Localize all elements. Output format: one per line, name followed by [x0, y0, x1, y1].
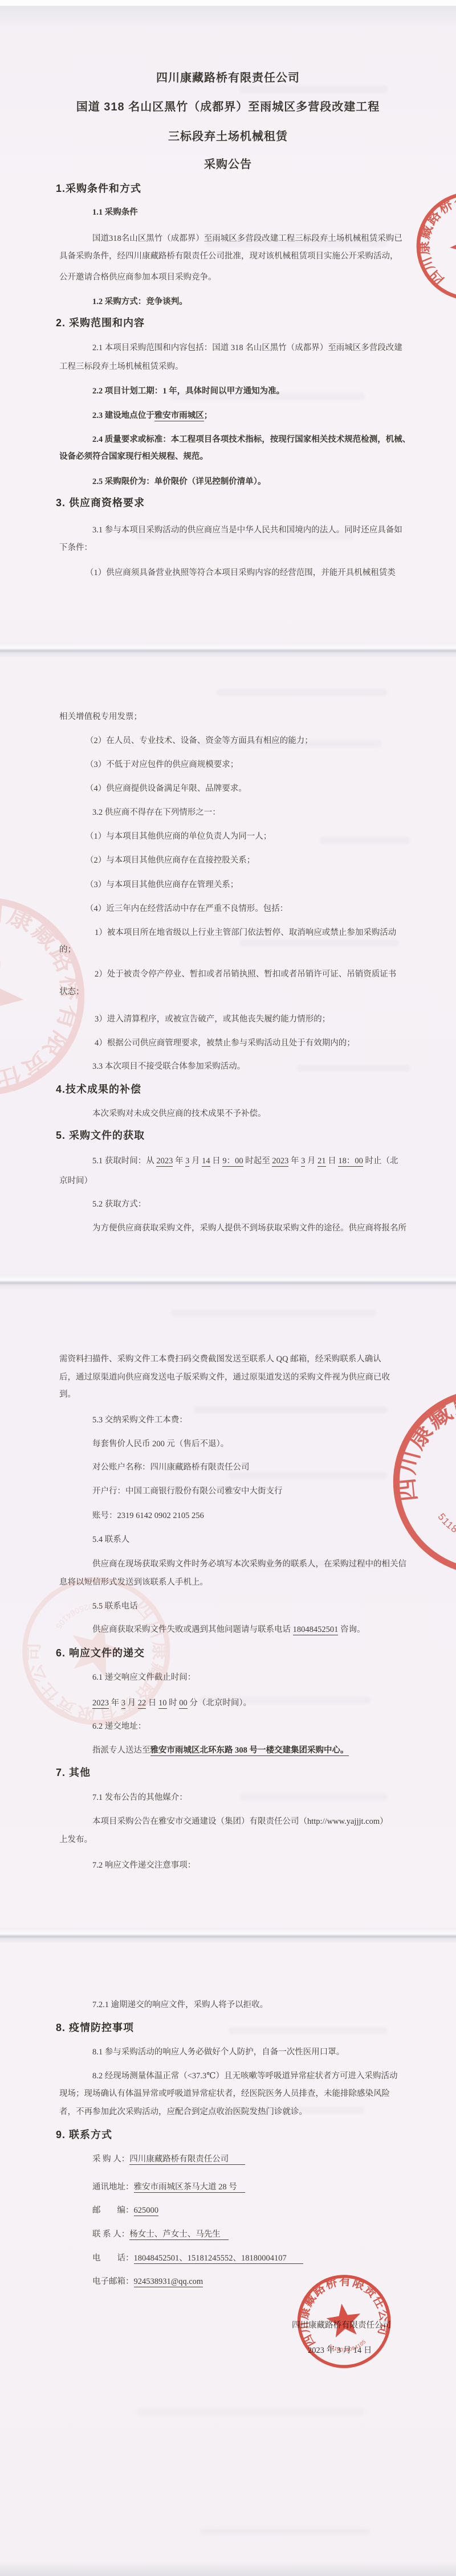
body-line: 需资料扫描件、采购文件工本费扫码交费截图发送至联系人 QQ 邮箱，经采购联系人确… — [59, 1352, 381, 1364]
text-run: 电 话： — [92, 2254, 134, 2263]
text-run: 5.1 获取时间：从 — [92, 1156, 156, 1166]
text-run: 四川康藏路桥有限责任公司 — [129, 2155, 245, 2165]
text-run: 2.2 项目计划工期：1 年，具体时间以甲方通知为准。 — [92, 387, 284, 396]
text-run: 2. 采购范围和内容 — [56, 317, 145, 329]
body-line: 邮 编：625000 — [59, 2204, 158, 2216]
text-run: 公开邀请合格供应商参加本项目采购竞争。 — [59, 273, 217, 282]
text-run: 4）根据公司供应商管理要求，被禁止参与采购活动且处于有效期内的； — [95, 1039, 355, 1048]
body-line: 4）根据公司供应商管理要求，被禁止参与采购活动且处于有效期内的； — [59, 1036, 355, 1048]
text-run: 指派专人送达至 — [92, 1746, 150, 1755]
body-line: 每套售价人民币 200 元（售后不退）。 — [59, 1437, 229, 1449]
bleed-artifact — [239, 1794, 388, 1800]
body-line: 电 话：18048452501、15181245552、18180004107 — [59, 2251, 303, 2263]
text-run: 月 — [305, 1156, 317, 1166]
body-line: 5.1 获取时间：从 2023 年 3 月 14 日 9：00 时起至 2023… — [59, 1154, 398, 1166]
body-line: 5.3 交纳采购文件工本费： — [59, 1413, 188, 1425]
text-run: 通讯地址： — [92, 2183, 134, 2192]
body-line: 指派专人送达至雅安市雨城区北环东路 308 号一楼交建集团采购中心。 — [59, 1744, 349, 1755]
body-line: （1）供应商须具备营业执照等符合本项目采购内容的经营范围，并能开具机械租赁类 — [59, 566, 396, 578]
scan-bottom-shadow — [0, 2561, 456, 2576]
text-run: 京时间） — [59, 1176, 92, 1186]
text-run: 日 — [326, 1156, 339, 1166]
section-heading: 5. 采购文件的获取 — [56, 1127, 145, 1142]
text-run: 开户行：中国工商银行股份有限公司雅安中大街支行 — [92, 1487, 283, 1496]
text-run: 具备采购条件，经四川康藏路桥有限责任公司批准，现对该机械租赁项目实施公开采购活动… — [59, 252, 398, 261]
page-seam — [0, 642, 456, 657]
text-run: 1.1 采购条件 — [92, 208, 138, 217]
text-run: 雅安市雨城区茶马大道 28 号 — [134, 2183, 246, 2193]
text-run: 5. 采购文件的获取 — [56, 1130, 145, 1141]
body-line: 工程三标段弃土场机械租赁采购。 — [59, 360, 184, 372]
text-run: 2023 — [92, 1699, 109, 1709]
text-run: 6. 响应文件的递交 — [56, 1647, 145, 1659]
text-run: 雅安市雨城区北环东路 308 号一楼交建集团采购中心。 — [150, 1746, 349, 1756]
text-run: 分（北京时间）。 — [188, 1699, 251, 1708]
text-run: 2.3 建设地点位于 — [92, 411, 154, 420]
body-line: （4）供应商提供设备满足年限、品牌要求。 — [59, 782, 247, 794]
body-line: 到。 — [59, 1388, 76, 1400]
text-run: 1.2 采购方式：竞争谈判。 — [92, 297, 188, 306]
text-run: 年 — [288, 1156, 301, 1166]
clause-line: 2.5 采购限价为：单价限价（详见控制价清单）。 — [59, 475, 266, 487]
text-run: （2）与本项目其他供应商存在直接控股关系； — [85, 856, 255, 865]
bleed-artifact — [171, 1310, 376, 1316]
body-line: 本项目采购公告在雅安市交通建设（集团）有限责任公司（http://www.yaj… — [59, 1815, 388, 1827]
bleed-artifact — [239, 85, 388, 93]
text-run: 设备必须符合国家现行相关规程、规范。 — [59, 452, 208, 461]
body-line: （4）近三年内在经营活动中存在严重不良情形。包括： — [59, 902, 288, 914]
text-run: 电子邮箱： — [92, 2277, 134, 2286]
section-heading: 9. 联系方式 — [56, 2127, 112, 2142]
text-run: 9：00 — [222, 1156, 243, 1167]
text-run: 3.1 参与本项目采购活动的供应商应当是中华人民共和国境内的法人。同时还应具备如 — [92, 526, 402, 535]
text-run: 18048452501、15181245552、18180004107 — [134, 2254, 303, 2264]
body-line: 2）处于被责令停产停业、暂扣或者吊销执照、暂扣或者吊销许可证、吊销资质证书 — [59, 967, 396, 979]
text-run: 四川康藏路桥有限责任公司 — [156, 72, 300, 84]
doc-title-line: 三标段弃土场机械租赁 — [0, 127, 456, 143]
body-line: 者，不再参加此次采购活动，应配合到定点收治医院发热门诊就诊。 — [59, 2105, 307, 2117]
text-run: 对公账户名称：四川康藏路桥有限责任公司 — [92, 1463, 250, 1472]
scan-top-edge — [0, 0, 456, 6]
text-run: （4）供应商提供设备满足年限、品牌要求。 — [85, 784, 247, 793]
page-seam — [0, 1274, 456, 1289]
body-line: 1）被本项目所在地省级以上行业主管部门依法暂停、取消响应或禁止参加采购活动 — [59, 926, 396, 938]
body-line: 通讯地址：雅安市雨城区茶马大道 28 号 — [59, 2180, 245, 2192]
body-line: 电子邮箱：924538931@qq.com — [59, 2275, 203, 2287]
body-line: 供应商获取采购文件失败或遇到其他问题请与联系电话 18048452501 咨询。 — [59, 1623, 365, 1635]
body-line: （2）在人员、专业技术、设备、资金等方面具有相应的能力； — [59, 734, 313, 746]
clause-line: 2.3 建设地点位于雅安市雨城区； — [59, 409, 212, 421]
text-run: 采购公告 — [204, 158, 252, 171]
body-line: 上发布。 — [59, 1833, 92, 1845]
text-run: 2.5 采购限价为：单价限价（详见控制价清单）。 — [92, 477, 266, 486]
signature-line: 2023 年 3 月 14 日 — [308, 2344, 372, 2356]
body-line: 对公账户名称：四川康藏路桥有限责任公司 — [59, 1461, 250, 1472]
body-line: （3）与本项目其他供应商存在管理关系； — [59, 878, 238, 890]
text-run: 5.4 联系人 — [92, 1535, 129, 1544]
text-run: 邮 编： — [92, 2206, 134, 2215]
text-run: （3）与本项目其他供应商存在管理关系； — [85, 880, 238, 889]
bleed-artifact — [239, 940, 399, 946]
body-line: 7.2.1 逾期递交的响应文件，采购人将予以拒收。 — [59, 1998, 268, 2010]
text-run: 雅安市雨城区 — [154, 411, 204, 421]
text-run: 5.2 获取方式： — [92, 1200, 146, 1209]
body-line: 供应商在现场获取采购文件时务必填写本次采购业务的联系人，在采购过程中的相关信 — [59, 1557, 406, 1569]
text-run: 2023 — [156, 1156, 173, 1167]
clause-line: 2.4 质量要求或标准：本工程项目各项技术指标，按现行国家相关技术规范检测，机械… — [59, 433, 410, 445]
text-run: 1.采购条件和方式 — [56, 183, 141, 194]
text-run: （1）与本项目其他供应商的单位负责人为同一人； — [85, 832, 271, 841]
doc-title-line: 四川康藏路桥有限责任公司 — [0, 68, 456, 85]
body-line: （3）不低于对应包件的供应商规模要求； — [59, 758, 238, 770]
text-run: ； — [204, 411, 213, 420]
text-run: 咨询。 — [338, 1625, 365, 1634]
text-run: 国道318名山区黑竹（成都界）至雨城区多营段改建工程三标段弃土场机械租赁采购已 — [92, 234, 402, 243]
body-line: 3）进入清算程序，或被宣告破产，或其他丧失履约能力情形的； — [59, 1012, 330, 1024]
text-run: 3.3 本次项目不接受联合体参加采购活动。 — [92, 1062, 245, 1071]
text-run: 工程三标段弃土场机械租赁采购。 — [59, 362, 184, 371]
body-line: 6.1 递交响应文件截止时间： — [59, 1671, 196, 1683]
body-line: 开户行：中国工商银行股份有限公司雅安中大街支行 — [59, 1484, 283, 1496]
body-line: 相关增值税专用发票； — [59, 710, 142, 722]
page-seam — [0, 1928, 456, 1943]
section-heading: 6. 响应文件的递交 — [56, 1645, 145, 1660]
text-run: （4）近三年内在经营活动中存在严重不良情形。包括： — [85, 904, 288, 913]
bleed-artifact — [228, 2027, 388, 2034]
body-line: 国道318名山区黑竹（成都界）至雨城区多营段改建工程三标段弃土场机械租赁采购已 — [59, 232, 402, 244]
text-run: 2.4 质量要求或标准：本工程项目各项技术指标，按现行国家相关技术规范检测，机械… — [92, 435, 410, 444]
text-run: 本项目采购公告在雅安市交通建设（集团）有限责任公司（http://www.yaj… — [92, 1817, 388, 1826]
body-line: 5.4 联系人 — [59, 1533, 129, 1545]
clause-line: 2.2 项目计划工期：1 年，具体时间以甲方通知为准。 — [59, 384, 284, 396]
text-run: 4.技术成果的补偿 — [56, 1084, 141, 1095]
text-run: 9. 联系方式 — [56, 2129, 112, 2140]
body-line: 下条件： — [59, 541, 92, 553]
text-run: 联 系 人： — [92, 2230, 129, 2239]
text-run: 3. 供应商资格要求 — [56, 497, 145, 508]
text-run: 3）进入清算程序，或被宣告破产，或其他丧失履约能力情形的； — [95, 1015, 330, 1024]
body-line: 7.1 发布公告的其他媒介： — [59, 1791, 188, 1803]
doc-title-line: 采购公告 — [0, 155, 456, 171]
text-run: 相关增值税专用发票； — [59, 712, 142, 721]
text-run: 7.2 响应文件递交注意事项： — [92, 1861, 196, 1870]
text-run: 5.3 交纳采购文件工本费： — [92, 1416, 188, 1425]
text-run: 7. 其他 — [56, 1767, 91, 1778]
body-line: 的； — [59, 943, 76, 955]
text-run: 供应商获取采购文件失败或遇到其他问题请与联系电话 — [92, 1625, 293, 1634]
text-run: 8. 疫情防控事项 — [56, 2022, 134, 2033]
section-heading: 1.采购条件和方式 — [56, 181, 141, 195]
text-run: 年 — [173, 1156, 185, 1166]
text-run: 2023 — [272, 1156, 288, 1167]
doc-title-line: 国道 318 名山区黑竹（成都界）至雨城区多营段改建工程 — [0, 97, 456, 114]
body-line: 后，通过原渠道向供应商发送电子版采购文件，通过原渠道发送的采购文件视为供应商已收 — [59, 1371, 390, 1383]
bleed-artifact — [137, 2409, 365, 2415]
body-line: 状态； — [59, 985, 84, 997]
text-run: 息将以短信形式发送到该联系人手机上。 — [59, 1578, 208, 1587]
body-line: 联 系 人：杨女士、芦女士、马先生 — [59, 2228, 229, 2239]
bleed-artifact — [199, 2528, 370, 2535]
body-line: 公开邀请合格供应商参加本项目采购竞争。 — [59, 270, 217, 282]
text-run: 21 — [317, 1156, 326, 1167]
text-run: 本次采购对未成交供应商的技术成果不予补偿。 — [92, 1109, 266, 1118]
body-line: 息将以短信形式发送到该联系人手机上。 — [59, 1576, 208, 1588]
text-run: 8.1 参与采购活动的响应人务必做好个人防护，自备一次性医用口罩。 — [92, 2048, 344, 2057]
text-run: 18：00 — [338, 1156, 363, 1167]
body-line: 采 购 人：四川康藏路桥有限责任公司 — [59, 2152, 245, 2164]
text-run: 2.1 本项目采购范围和内容包括：国道 318 名山区黑竹（成都界）至雨城区多营… — [92, 343, 402, 352]
body-line: 8.1 参与采购活动的响应人务必做好个人防护，自备一次性医用口罩。 — [59, 2045, 344, 2057]
text-run: 国道 318 名山区黑竹（成都界）至雨城区多营段改建工程 — [76, 101, 380, 113]
text-run: 时 — [167, 1699, 180, 1708]
text-run: （2）在人员、专业技术、设备、资金等方面具有相应的能力； — [85, 736, 313, 745]
body-line: （1）与本项目其他供应商的单位负责人为同一人； — [59, 830, 271, 842]
text-run: 下条件： — [59, 543, 92, 552]
clause-line: 1.1 采购条件 — [59, 206, 138, 218]
bleed-artifact — [228, 1472, 388, 1479]
clause-line: 设备必须符合国家现行相关规程、规范。 — [59, 450, 208, 462]
text-run: 8.2 经现场测量体温正常（<37.3℃）且无咳嗽等呼吸道异常症状者方可进入采购… — [92, 2072, 398, 2081]
section-heading: 7. 其他 — [56, 1765, 91, 1779]
text-run: （1）供应商须具备营业执照等符合本项目采购内容的经营范围，并能开具机械租赁类 — [85, 568, 396, 577]
bleed-artifact — [217, 689, 388, 696]
text-run: 到。 — [59, 1390, 76, 1399]
text-run: 状态； — [59, 987, 84, 996]
text-run: 14 — [202, 1156, 210, 1167]
body-line: 3.2 供应商不得存在下列情形之一： — [59, 806, 221, 818]
body-line: 5.5 联系电话 — [59, 1599, 138, 1611]
section-heading: 3. 供应商资格要求 — [56, 495, 145, 510]
body-line: 京时间） — [59, 1174, 92, 1186]
text-run: 年 — [109, 1699, 121, 1708]
body-line: 本次采购对未成交供应商的技术成果不予补偿。 — [59, 1107, 266, 1119]
text-run: 每套售价人民币 200 元（售后不退）。 — [92, 1439, 229, 1449]
text-run: 18048452501 — [293, 1625, 339, 1635]
text-run: 月 — [125, 1699, 138, 1708]
section-heading: 4.技术成果的补偿 — [56, 1081, 141, 1096]
text-run: 为方便供应商获取采购文件，采购人提供不到场获取采购文件的途径。供应商将报名所 — [92, 1224, 406, 1233]
body-line: 2023 年 3 月 22 日 10 时 00 分（北京时间）。 — [59, 1696, 251, 1708]
bleed-artifact — [296, 1065, 410, 1072]
text-run: 22 — [138, 1699, 146, 1709]
body-line: （2）与本项目其他供应商存在直接控股关系； — [59, 854, 255, 865]
text-run: 四川康藏路桥有限责任公司 — [292, 2321, 391, 2330]
body-line: 现场；现场确认有体温异常或呼吸道异常症状者，经医院医务人员排查，未能排除感染风险 — [59, 2087, 390, 2099]
text-run: 3 — [121, 1699, 125, 1709]
section-heading: 2. 采购范围和内容 — [56, 315, 145, 330]
text-run: 625000 — [134, 2206, 159, 2216]
text-run: 7.2.1 逾期递交的响应文件，采购人将予以拒收。 — [92, 2000, 268, 2009]
text-run: （3）不低于对应包件的供应商规模要求； — [85, 760, 238, 769]
body-line: 5.2 获取方式： — [59, 1197, 146, 1209]
body-line: 3.1 参与本项目采购活动的供应商应当是中华人民共和国境内的法人。同时还应具备如 — [59, 523, 402, 535]
text-run: 日 — [146, 1699, 158, 1708]
text-run: 月 — [189, 1156, 202, 1166]
bleed-artifact — [319, 837, 410, 844]
text-run: 10 — [158, 1699, 167, 1709]
text-run: 3.2 供应商不得存在下列情形之一： — [92, 808, 221, 817]
text-run: 采 购 人： — [92, 2155, 129, 2164]
body-line: 为方便供应商获取采购文件，采购人提供不到场获取采购文件的途径。供应商将报名所 — [59, 1221, 406, 1233]
text-run: 上发布。 — [59, 1835, 92, 1844]
body-line: 2.1 本项目采购范围和内容包括：国道 318 名山区黑竹（成都界）至雨城区多营… — [59, 341, 402, 353]
text-run: 2023 年 3 月 14 日 — [308, 2346, 372, 2355]
text-run: 6.2 递交地址： — [92, 1722, 146, 1731]
text-run: 时止（北 — [363, 1156, 398, 1166]
text-run: 供应商在现场获取采购文件时务必填写本次采购业务的联系人，在采购过程中的相关信 — [92, 1560, 406, 1569]
text-run: 杨女士、芦女士、马先生 — [129, 2230, 229, 2240]
text-run: 924538931@qq.com — [134, 2277, 203, 2287]
text-run: 现场；现场确认有体温异常或呼吸道异常症状者，经医院医务人员排查，未能排除感染风险 — [59, 2089, 390, 2098]
clause-line: 1.2 采购方式：竞争谈判。 — [59, 295, 188, 307]
text-run: 1）被本项目所在地省级以上行业主管部门依法暂停、取消响应或禁止参加采购活动 — [95, 928, 396, 937]
text-run: 7.1 发布公告的其他媒介： — [92, 1793, 188, 1802]
bleed-artifact — [194, 1406, 388, 1413]
body-line: 7.2 响应文件递交注意事项： — [59, 1859, 196, 1871]
body-line: 8.2 经现场测量体温正常（<37.3℃）且无咳嗽等呼吸道异常症状者方可进入采购… — [59, 2069, 398, 2081]
body-line: 6.2 递交地址： — [59, 1720, 146, 1732]
signature-line: 四川康藏路桥有限责任公司 — [292, 2319, 391, 2331]
text-run: 账号：2319 6142 0902 2105 256 — [92, 1511, 204, 1520]
body-line: 3.3 本次项目不接受联合体参加采购活动。 — [59, 1060, 245, 1072]
scan-top-shadow — [0, 6, 456, 25]
text-run: 者，不再参加此次采购活动，应配合到定点收治医院发热门诊就诊。 — [59, 2107, 307, 2116]
text-run: 5.5 联系电话 — [92, 1602, 138, 1611]
text-run: 6.1 递交响应文件截止时间： — [92, 1673, 196, 1682]
section-heading: 8. 疫情防控事项 — [56, 2020, 134, 2034]
text-run: 需资料扫描件、采购文件工本费扫码交费截图发送至联系人 QQ 邮箱，经采购联系人确… — [59, 1355, 381, 1364]
text-run: 00 — [179, 1699, 188, 1709]
body-line: 具备采购条件，经四川康藏路桥有限责任公司批准，现对该机械租赁项目实施公开采购活动… — [59, 249, 398, 261]
text-run: 后，通过原渠道向供应商发送电子版采购文件，通过原渠道发送的采购文件视为供应商已收 — [59, 1373, 390, 1382]
text-run: 时起至 — [243, 1156, 272, 1166]
text-run: 日 — [210, 1156, 223, 1166]
body-line: 账号：2319 6142 0902 2105 256 — [59, 1509, 204, 1521]
text-run: 2）处于被责令停产停业、暂扣或者吊销执照、暂扣或者吊销许可证、吊销资质证书 — [95, 970, 396, 979]
text-run: 三标段弃土场机械租赁 — [168, 130, 288, 143]
text-run: 的； — [59, 945, 76, 954]
